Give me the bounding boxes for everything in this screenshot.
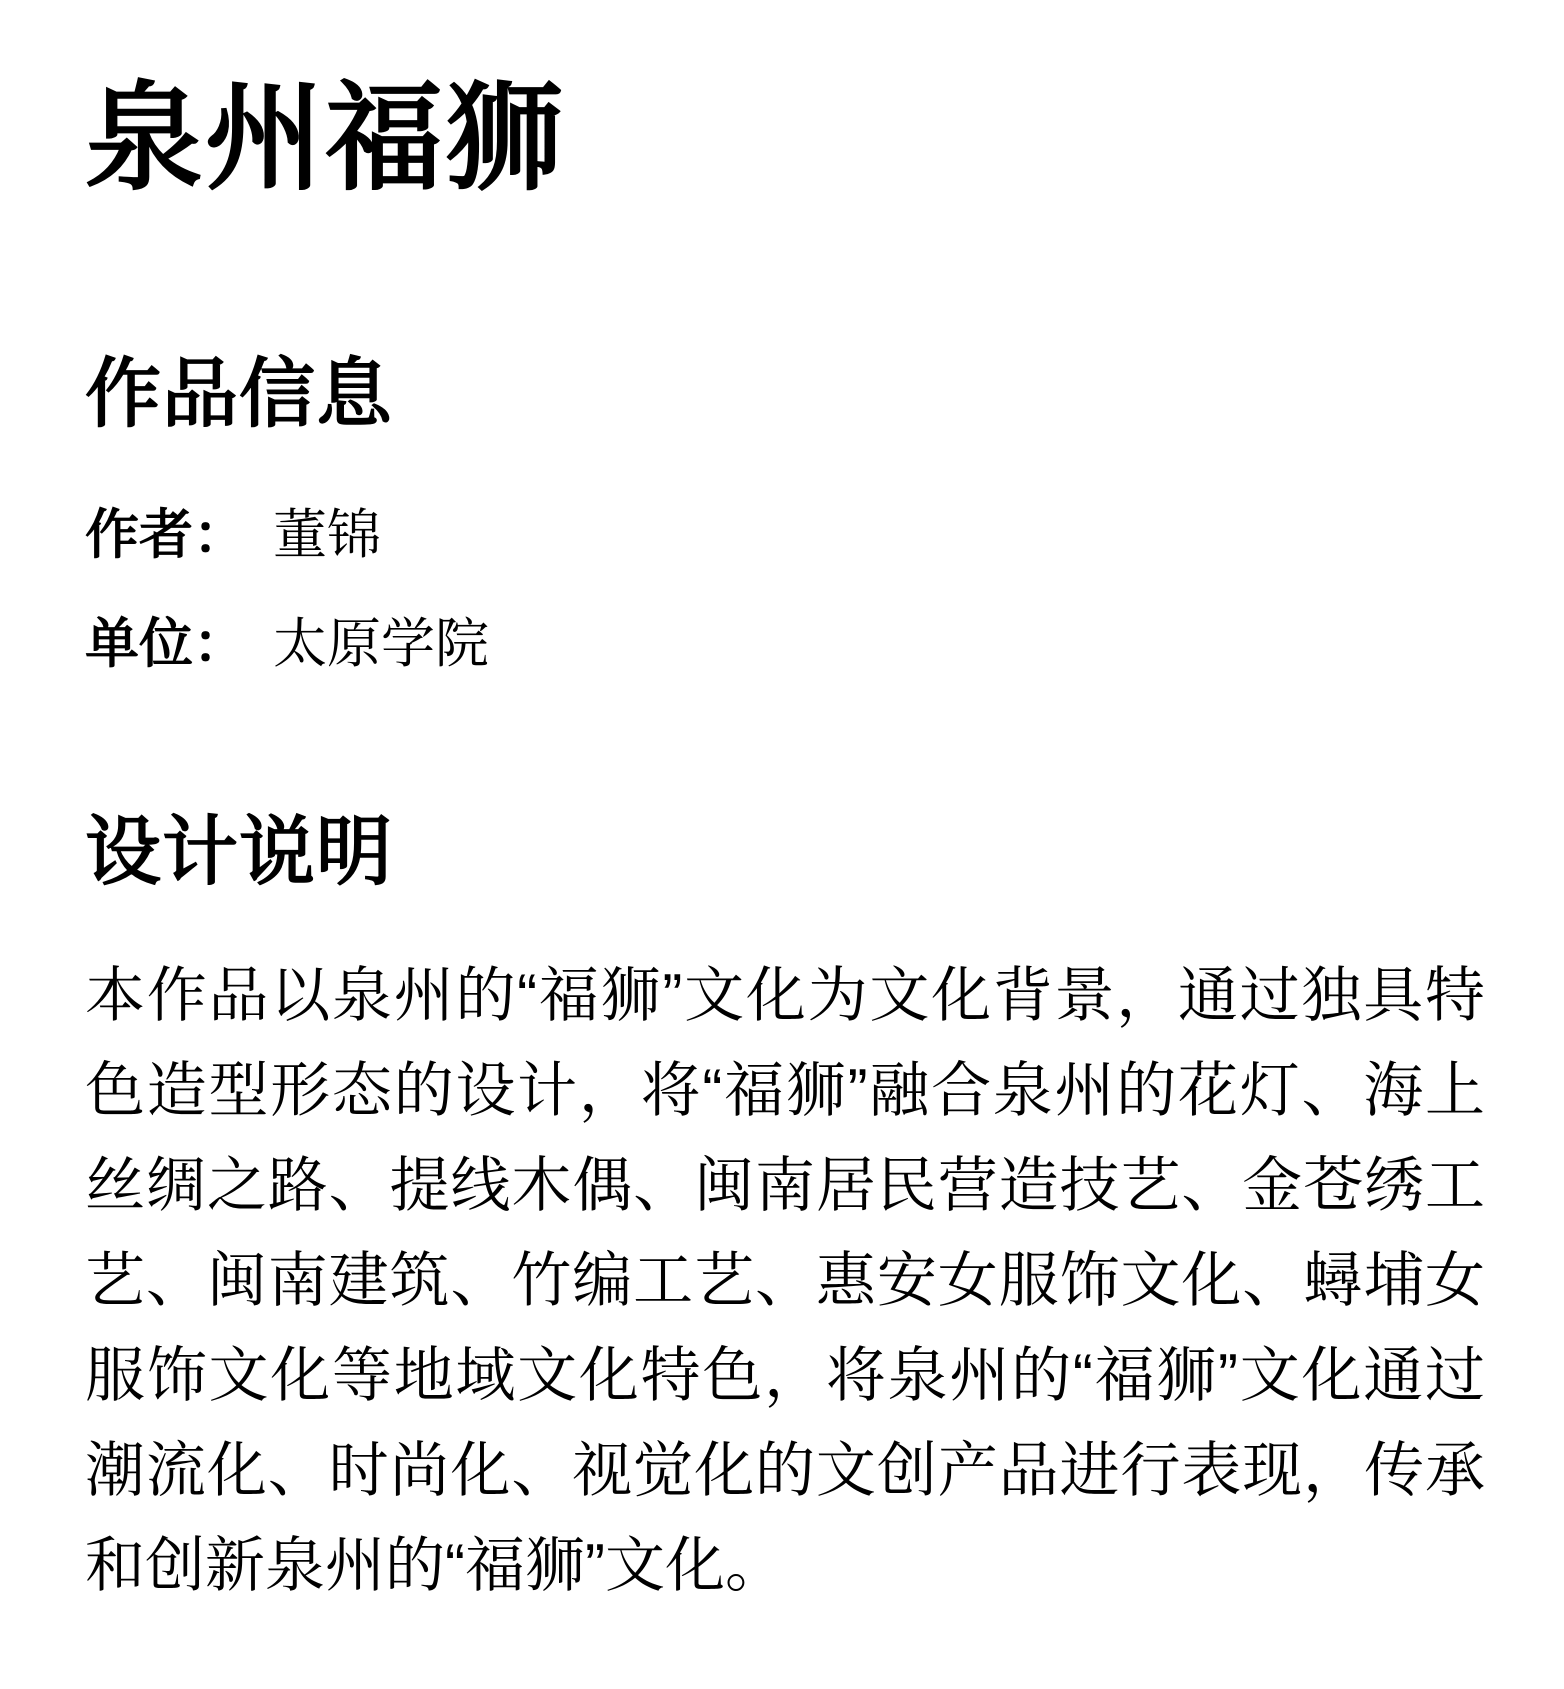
section-heading-design-description: 设计说明 xyxy=(85,815,1485,891)
section-heading-work-info: 作品信息 xyxy=(85,357,1485,433)
design-description-text: 本作品以泉州的“福狮”文化为文化背景，通过独具特色造型形态的设计，将“福狮”融合… xyxy=(85,948,1485,1613)
page-title: 泉州福狮 xyxy=(85,80,1485,198)
organization-value: 太原学院 xyxy=(273,614,489,674)
organization-row: 单位：太原学院 xyxy=(85,616,1485,673)
author-row: 作者：董锦 xyxy=(85,507,1485,564)
author-value: 董锦 xyxy=(273,505,381,565)
author-label: 作者： xyxy=(85,505,247,565)
organization-label: 单位： xyxy=(85,614,247,674)
document-page: 泉州福狮 作品信息 作者：董锦 单位：太原学院 设计说明 本作品以泉州的“福狮”… xyxy=(0,0,1564,1689)
